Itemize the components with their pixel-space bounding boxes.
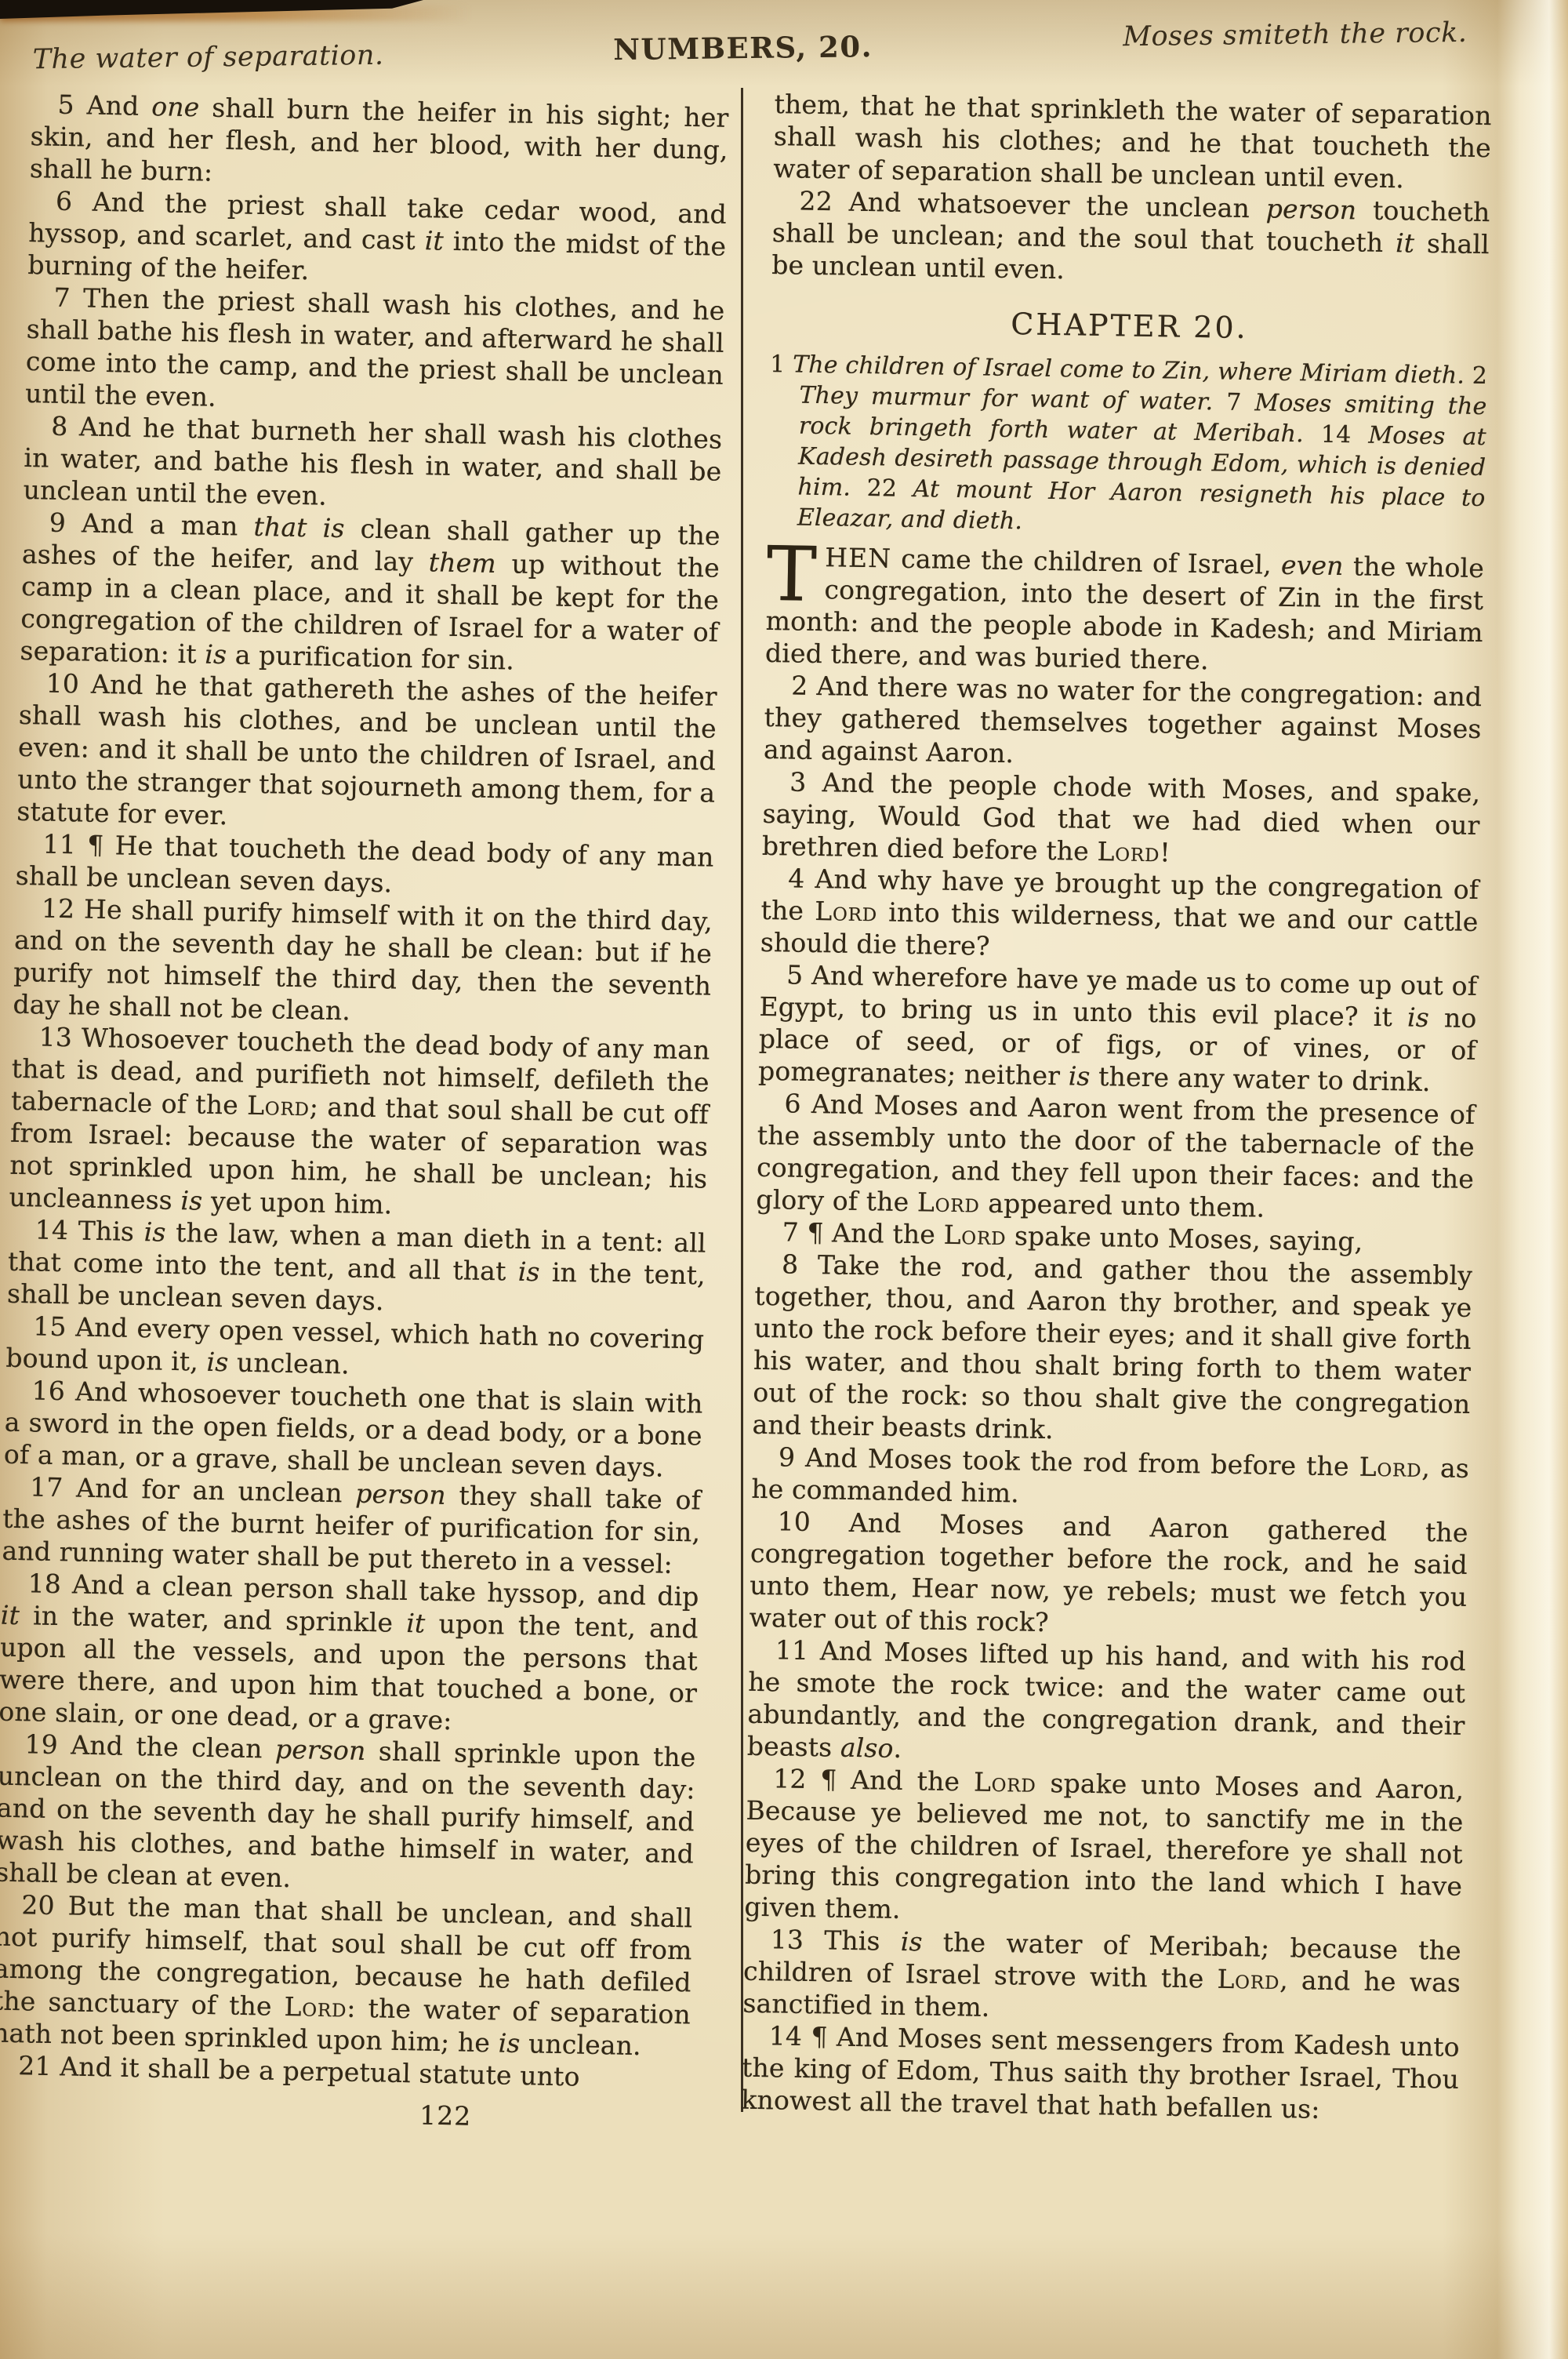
- verse-number: 9: [49, 507, 66, 538]
- summary-verse-number: 14: [1321, 421, 1352, 449]
- drop-cap-letter: T: [766, 540, 826, 604]
- verse-number: 10: [777, 1506, 811, 1537]
- kjv-italic-word: is: [206, 1347, 229, 1378]
- small-caps-lord: Lord: [974, 1767, 1036, 1798]
- verse-number: 14: [34, 1214, 68, 1245]
- verse-19-18: 18 And a clean person shall take hyssop,…: [0, 1567, 699, 1742]
- kjv-italic-word: is: [143, 1216, 166, 1248]
- kjv-italic-word: one: [151, 91, 200, 122]
- kjv-italic-word: person: [355, 1478, 446, 1510]
- verse-20-9: 9 And Moses took the rod from before the…: [751, 1441, 1469, 1517]
- verse-20-14: 14 ¶ And Moses sent messengers from Kade…: [741, 2019, 1460, 2128]
- verse-number: 8: [782, 1249, 799, 1279]
- verse-number: 21: [18, 2050, 52, 2081]
- verse-number: 19: [24, 1728, 58, 1760]
- verse-number: 10: [45, 668, 79, 700]
- kjv-italic-word: is: [205, 639, 227, 671]
- kjv-italic-word: is: [498, 2027, 521, 2059]
- opener-caps: HEN: [825, 542, 891, 573]
- verse-number: 5: [786, 959, 804, 990]
- verse-20-2: 2 And there was no water for the congreg…: [764, 669, 1483, 777]
- verse-number: 20: [21, 1889, 55, 1921]
- verse-19-12: 12 He shall purify himself with it on th…: [13, 892, 713, 1034]
- verse-number: 12: [42, 892, 75, 924]
- verse-number: 6: [784, 1088, 801, 1118]
- kjv-italic-word: it: [1, 1600, 20, 1630]
- verse-number: 7: [53, 282, 71, 313]
- verse-19-20: 20 But the man that shall be unclean, an…: [0, 1888, 693, 2063]
- right-column-ch20-verses: THEN came the children of Israel, even t…: [741, 540, 1484, 2128]
- verse-19-10: 10 And he that gathereth the ashes of th…: [16, 667, 717, 841]
- verse-20-6: 6 And Moses and Aaron went from the pres…: [756, 1087, 1475, 1227]
- kjv-italic-word: them: [429, 547, 497, 579]
- small-caps-lord: Lord: [943, 1219, 1006, 1251]
- verse-number: 11: [42, 828, 76, 860]
- left-column: 5 And one shall burn the heifer in his s…: [0, 88, 729, 2136]
- kjv-italic-word: is: [517, 1256, 540, 1288]
- verse-number: 2: [791, 670, 808, 700]
- verse-number: 13: [38, 1021, 72, 1052]
- verse-19-7: 7 Then the priest shall wash his clothes…: [25, 281, 725, 423]
- verse-19-21-continuation: them, that he that sprinkleth the water …: [773, 88, 1492, 196]
- verse-number: 13: [771, 1924, 804, 1955]
- summary-verse-number: 1: [770, 351, 786, 378]
- kjv-italic-word: is: [180, 1185, 203, 1216]
- left-column-verses: 5 And one shall burn the heifer in his s…: [0, 88, 729, 2095]
- pilcrow-mark: ¶: [811, 2021, 828, 2052]
- verse-number: 4: [788, 863, 805, 893]
- verse-number: 11: [775, 1634, 809, 1666]
- verse-19-13: 13 Whosoever toucheth the dead body of a…: [9, 1020, 710, 1227]
- chapter-summary: 1 The children of Israel come to Zin, wh…: [768, 349, 1488, 544]
- pilcrow-mark: ¶: [820, 1764, 837, 1794]
- verse-number: 12: [773, 1763, 807, 1794]
- chapter-summary-text: 1 The children of Israel come to Zin, wh…: [768, 349, 1488, 544]
- small-caps-lord: Lord: [917, 1187, 980, 1218]
- verse-19-5: 5 And one shall burn the heifer in his s…: [30, 88, 729, 198]
- bible-page-scan: The water of separation. NUMBERS, 20. Mo…: [0, 0, 1568, 2359]
- kjv-italic-word: person: [275, 1734, 366, 1766]
- kjv-italic-word: is: [901, 1926, 923, 1957]
- verse-number: 16: [31, 1375, 65, 1406]
- running-head-center: NUMBERS, 20.: [613, 29, 873, 67]
- verse-number: 7: [782, 1216, 799, 1247]
- small-caps-lord: Lord: [284, 1991, 347, 2023]
- summary-verse-number: 2: [1472, 362, 1488, 390]
- small-caps-lord: Lord: [815, 896, 877, 927]
- verse-number: 17: [30, 1471, 64, 1503]
- verse-19-9: 9 And a man that is clean shall gather u…: [20, 506, 720, 681]
- verse-number: 3: [789, 766, 807, 797]
- verse-20-3: 3 And the people chode with Moses, and s…: [762, 765, 1481, 874]
- verse-19-19: 19 And the clean person shall sprinkle u…: [0, 1728, 696, 1903]
- verse-number: 9: [779, 1441, 796, 1472]
- summary-segment: They murmur for want of water.: [799, 382, 1213, 416]
- page-number: 122: [0, 2090, 689, 2136]
- verse-number: 5: [57, 89, 74, 120]
- verse-20-11: 11 And Moses lifted up his hand, and wit…: [747, 1634, 1467, 1774]
- verse-20-13: 13 This is the water of Meribah; because…: [742, 1923, 1461, 2031]
- verse-19-16: 16 And whosoever toucheth one that is sl…: [4, 1374, 703, 1485]
- verse-20-10: 10 And Moses and Aaron gathered the cong…: [749, 1505, 1468, 1645]
- verse-number: 15: [33, 1310, 67, 1342]
- kjv-italic-word: even: [1281, 550, 1344, 581]
- kjv-italic-word: that is: [253, 511, 345, 543]
- page-content: 5 And one shall burn the heifer in his s…: [31, 88, 1492, 2123]
- small-caps-lord: Lord: [1097, 836, 1160, 867]
- summary-verse-number: 22: [866, 474, 897, 503]
- small-caps-lord: Lord: [247, 1090, 310, 1122]
- summary-verse-number: 7: [1226, 389, 1242, 416]
- kjv-italic-word: person: [1266, 193, 1357, 225]
- verse-number: 14: [768, 2020, 802, 2052]
- right-column: them, that he that sprinkleth the water …: [741, 88, 1492, 2135]
- verse-number: 6: [56, 186, 73, 216]
- pilcrow-mark: ¶: [807, 1217, 824, 1248]
- verse-20-8: 8 Take the rod, and gather thou the asse…: [752, 1248, 1472, 1452]
- kjv-italic-word: is: [1068, 1060, 1090, 1091]
- verse-19-22: 22 And whatsoever the unclean person tou…: [771, 184, 1490, 293]
- verse-19-17: 17 And for an unclean person they shall …: [2, 1470, 701, 1581]
- verse-19-8: 8 And he that burneth her shall wash his…: [23, 409, 722, 520]
- verse-20-5: 5 And wherefore have ye made us to come …: [758, 958, 1478, 1099]
- verse-20-1: THEN came the children of Israel, even t…: [765, 540, 1485, 681]
- pilcrow-mark: ¶: [87, 830, 104, 860]
- verse-number: 22: [799, 186, 833, 217]
- running-head: The water of separation. NUMBERS, 20. Mo…: [0, 14, 1568, 80]
- verse-19-14: 14 This is the law, when a man dieth in …: [7, 1213, 706, 1324]
- running-head-left: The water of separation.: [32, 40, 383, 75]
- verse-19-6: 6 And the priest shall take cedar wood, …: [27, 184, 727, 295]
- summary-segment: At mount Hor Aaron resigneth his place t…: [797, 475, 1486, 535]
- running-head-right: Moses smiteth the rock.: [1123, 17, 1468, 53]
- kjv-italic-word: is: [1407, 1002, 1429, 1033]
- kjv-italic-word: it: [424, 225, 444, 256]
- verse-number: 18: [27, 1568, 61, 1599]
- right-column-ch19-verses: 22 And whatsoever the unclean person tou…: [771, 184, 1490, 293]
- small-caps-lord: Lord: [1359, 1452, 1421, 1483]
- verse-number: 8: [51, 411, 68, 442]
- column-divider-rule: [741, 88, 743, 2112]
- kjv-italic-word: it: [1396, 227, 1415, 258]
- small-caps-lord: Lord: [1217, 1964, 1279, 1995]
- kjv-italic-word: it: [406, 1608, 426, 1638]
- verse-20-4: 4 And why have ye brought up the congreg…: [760, 862, 1479, 970]
- verse-20-12: 12 ¶ And the Lord spake unto Moses and A…: [744, 1762, 1464, 1935]
- kjv-italic-word: also: [840, 1732, 894, 1764]
- chapter-heading: CHAPTER 20.: [771, 304, 1489, 348]
